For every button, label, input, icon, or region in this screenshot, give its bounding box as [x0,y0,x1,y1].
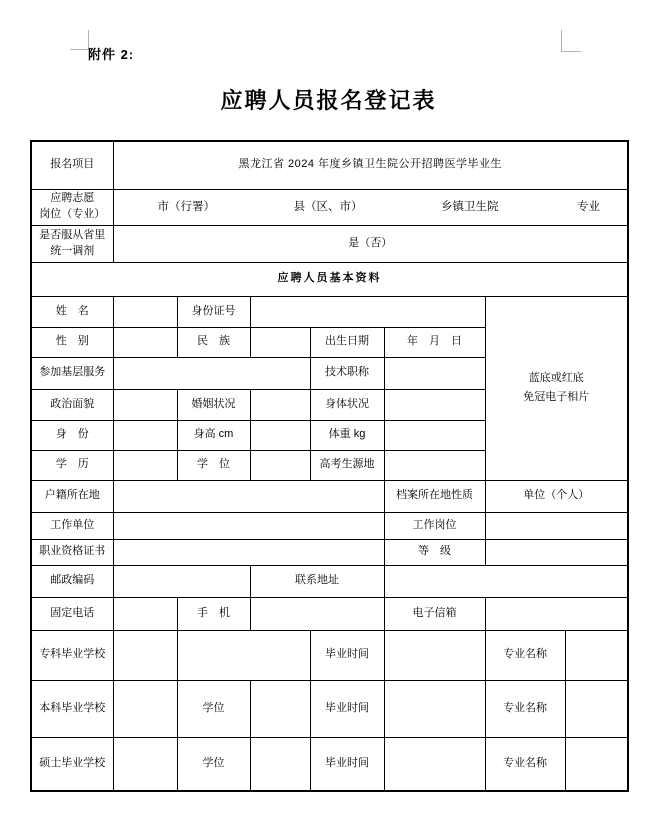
service-label: 参加基层服务 [31,357,113,389]
crop-mark-top-right [561,30,581,52]
master-degree-label: 学位 [177,737,250,791]
gender-input-cell[interactable] [113,327,177,357]
identity-label: 身 份 [31,420,113,450]
postal-code-label: 邮政编码 [31,565,113,597]
exam-origin-input-cell[interactable] [384,450,485,480]
certificate-input-cell[interactable] [113,539,384,565]
bachelor-degree-label: 学位 [177,680,250,737]
adjustment-label-line2: 统一调剂 [34,244,111,260]
position-item-county: 县（区、市） [294,199,363,216]
birth-date-label: 出生日期 [310,327,384,357]
position-label-line2: 岗位（专业） [34,207,111,223]
residence-label: 户籍所在地 [31,480,113,512]
row-residence: 户籍所在地 档案所在地性质 单位（个人） [31,480,628,512]
position-label-line1: 应聘志愿 [34,191,111,207]
project-value: 黑龙江省 2024 年度乡镇卫生院公开招聘医学毕业生 [113,141,628,189]
bachelor-school-input-cell[interactable] [113,680,177,737]
position-item-city: 市（行署） [158,199,216,216]
college-blank-cell[interactable] [177,630,310,680]
tech-title-label: 技术职称 [310,357,384,389]
degree-input-cell[interactable] [250,450,310,480]
master-grad-time-label: 毕业时间 [310,737,384,791]
row-name: 姓 名 身份证号 蓝底或红底 免冠电子相片 [31,296,628,327]
ethnicity-input-cell[interactable] [250,327,310,357]
id-number-label: 身份证号 [177,296,250,327]
work-post-label: 工作岗位 [384,512,485,539]
work-unit-input-cell[interactable] [113,512,384,539]
row-position: 应聘志愿 岗位（专业） 市（行署） 县（区、市） 乡镇卫生院 专业 [31,189,628,225]
adjustment-label: 是否服从省里 统一调剂 [31,225,113,262]
work-unit-label: 工作单位 [31,512,113,539]
row-adjustment: 是否服从省里 统一调剂 是（否） [31,225,628,262]
project-label: 报名项目 [31,141,113,189]
bachelor-school-label: 本科毕业学校 [31,680,113,737]
weight-input-cell[interactable] [384,420,485,450]
contact-address-label: 联系地址 [250,565,384,597]
education-label: 学 历 [31,450,113,480]
master-degree-input-cell[interactable] [250,737,310,791]
mobile-label: 手 机 [177,597,250,630]
college-school-input-cell[interactable] [113,630,177,680]
tech-title-input-cell[interactable] [384,357,485,389]
work-post-input-cell[interactable] [485,512,628,539]
name-input-cell[interactable] [113,296,177,327]
email-label: 电子信箱 [384,597,485,630]
residence-input-cell[interactable] [113,480,384,512]
identity-input-cell[interactable] [113,420,177,450]
ethnicity-label: 民 族 [177,327,250,357]
exam-origin-label: 高考生源地 [310,450,384,480]
position-item-major: 专业 [577,199,600,216]
photo-note-line2: 免冠电子相片 [488,388,626,407]
service-input-cell[interactable] [113,357,310,389]
certificate-label: 职业资格证书 [31,539,113,565]
section-title: 应聘人员基本资料 [31,262,628,296]
position-label: 应聘志愿 岗位（专业） [31,189,113,225]
landline-label: 固定电话 [31,597,113,630]
row-master-school: 硕士毕业学校 学位 毕业时间 专业名称 [31,737,628,791]
row-certificate: 职业资格证书 等 级 [31,539,628,565]
degree-label: 学 位 [177,450,250,480]
college-grad-time-label: 毕业时间 [310,630,384,680]
master-major-input-cell[interactable] [565,737,628,791]
bachelor-degree-input-cell[interactable] [250,680,310,737]
row-work: 工作单位 工作岗位 [31,512,628,539]
marital-input-cell[interactable] [250,389,310,420]
id-number-input-cell[interactable] [250,296,485,327]
grade-input-cell[interactable] [485,539,628,565]
page-title: 应聘人员报名登记表 [30,84,627,115]
college-major-label: 专业名称 [485,630,565,680]
master-school-label: 硕士毕业学校 [31,737,113,791]
bachelor-grad-time-label: 毕业时间 [310,680,384,737]
politics-input-cell[interactable] [113,389,177,420]
landline-input-cell[interactable] [113,597,177,630]
politics-label: 政治面貌 [31,389,113,420]
crop-mark-top-left [70,30,89,50]
mobile-input-cell[interactable] [250,597,384,630]
grade-label: 等 级 [384,539,485,565]
contact-address-input-cell[interactable] [384,565,628,597]
position-value-cell[interactable]: 市（行署） 县（区、市） 乡镇卫生院 专业 [113,189,628,225]
height-label: 身高 cm [177,420,250,450]
master-grad-time-input-cell[interactable] [384,737,485,791]
college-major-input-cell[interactable] [565,630,628,680]
archive-label: 档案所在地性质 [384,480,485,512]
health-input-cell[interactable] [384,389,485,420]
weight-label: 体重 kg [310,420,384,450]
education-input-cell[interactable] [113,450,177,480]
birth-date-value[interactable]: 年 月 日 [384,327,485,357]
gender-label: 性 别 [31,327,113,357]
position-item-hospital: 乡镇卫生院 [441,199,499,216]
photo-note-line1: 蓝底或红底 [488,369,626,388]
row-project: 报名项目 黑龙江省 2024 年度乡镇卫生院公开招聘医学毕业生 [31,141,628,189]
postal-code-input-cell[interactable] [113,565,250,597]
row-postal: 邮政编码 联系地址 [31,565,628,597]
row-college-school: 专科毕业学校 毕业时间 专业名称 [31,630,628,680]
bachelor-major-label: 专业名称 [485,680,565,737]
adjustment-label-line1: 是否服从省里 [34,228,111,244]
health-label: 身体状况 [310,389,384,420]
attachment-label: 附件 2: [88,44,134,63]
college-school-label: 专科毕业学校 [31,630,113,680]
master-school-input-cell[interactable] [113,737,177,791]
marital-label: 婚姻状况 [177,389,250,420]
archive-value[interactable]: 单位（个人） [485,480,628,512]
row-section-header: 应聘人员基本资料 [31,262,628,296]
adjustment-value[interactable]: 是（否） [113,225,628,262]
bachelor-grad-time-input-cell[interactable] [384,680,485,737]
name-label: 姓 名 [31,296,113,327]
master-major-label: 专业名称 [485,737,565,791]
height-input-cell[interactable] [250,420,310,450]
registration-form-table: 报名项目 黑龙江省 2024 年度乡镇卫生院公开招聘医学毕业生 应聘志愿 岗位（… [30,140,629,792]
row-bachelor-school: 本科毕业学校 学位 毕业时间 专业名称 [31,680,628,737]
college-grad-time-input-cell[interactable] [384,630,485,680]
row-phone: 固定电话 手 机 电子信箱 [31,597,628,630]
bachelor-major-input-cell[interactable] [565,680,628,737]
email-input-cell[interactable] [485,597,628,630]
photo-placeholder: 蓝底或红底 免冠电子相片 [485,296,628,480]
